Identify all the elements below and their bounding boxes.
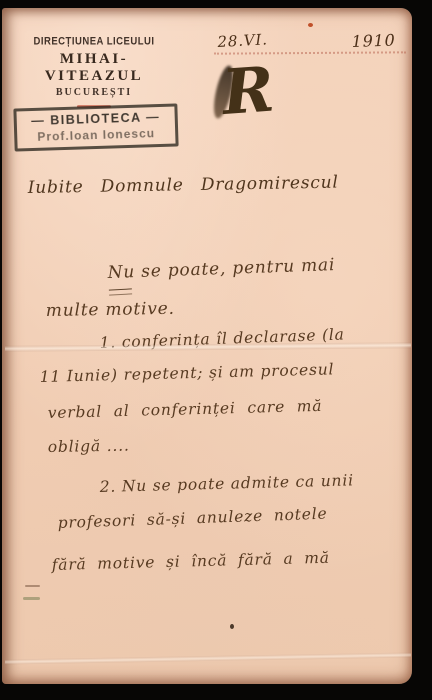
body-line: verbal al conferinței care mă [48,397,323,422]
fold-crease [5,652,411,664]
letterhead-city: BUCUREȘTI [16,87,172,98]
date-year: 1910 [351,30,396,51]
library-stamp: — BIBLIOTECA — Prof.Ioan Ionescu [13,103,178,151]
body-line: multe motive. [46,299,175,321]
body-line: 11 Iunie) repetent; și am procesul [40,360,335,386]
paper-speck [23,597,40,600]
date-day-month: 28.VI. [217,30,268,51]
underline-mark [109,288,132,295]
scan-background: DIRECȚIUNEA LICEULUI MIHAI-VITEAZUL BUCU… [0,0,432,700]
letterhead-direction-line: DIRECȚIUNEA LICEULUI [16,35,172,48]
paper-speck [25,585,40,587]
letterhead: DIRECȚIUNEA LICEULUI MIHAI-VITEAZUL BUCU… [16,36,172,108]
letter-page: DIRECȚIUNEA LICEULUI MIHAI-VITEAZUL BUCU… [2,8,412,684]
paper-speck [308,23,313,27]
fold-crease [5,342,411,352]
body-line: fără motive și încă fără a mă [52,549,331,574]
stamp-owner: Prof.Ioan Ionescu [19,126,173,145]
body-line: profesori să-și anuleze notele [57,505,327,532]
body-line: obligă .... [48,437,130,456]
greeting-line: Iubite Domnule Dragomirescul [28,173,339,198]
letterhead-school-name: MIHAI-VITEAZUL [16,51,172,85]
registry-letter-mark: R [220,53,276,129]
paper-speck [230,624,234,629]
body-line: 2. Nu se poate admite ca unii [100,471,355,496]
body-line: Nu se poate, pentru mai [107,255,335,283]
